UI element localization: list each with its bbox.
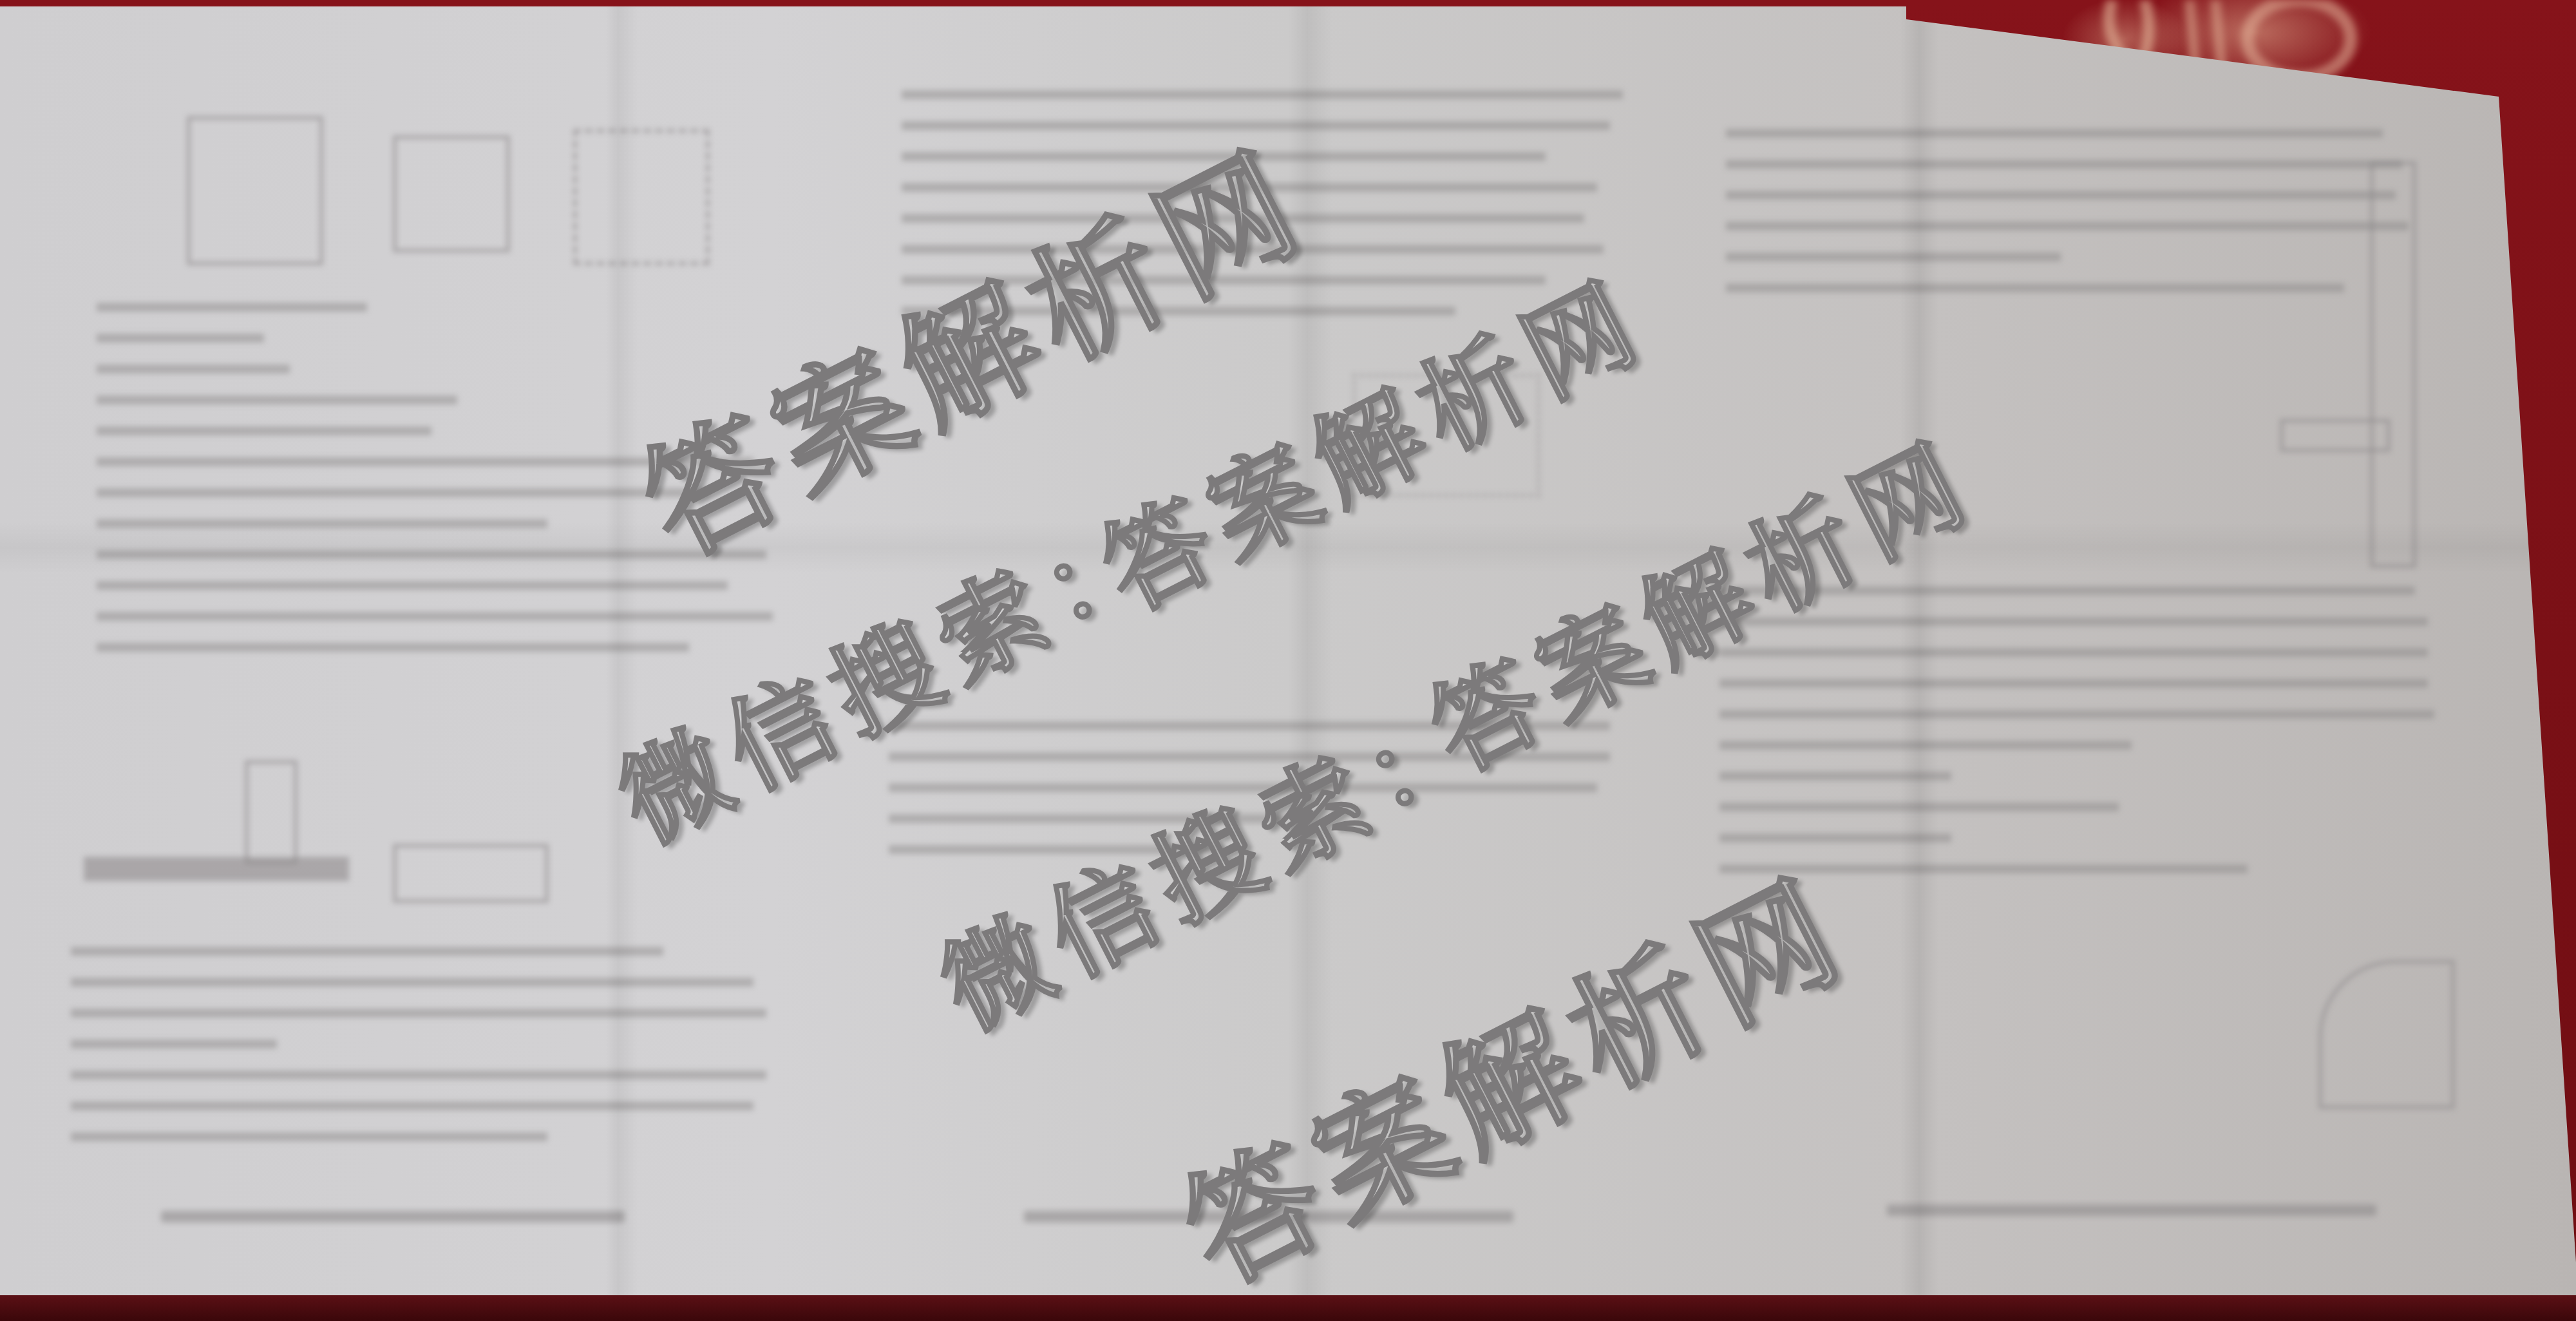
page-3-text-block-1	[1726, 129, 2434, 314]
apparatus-diagram-2	[393, 844, 549, 903]
page-3-footer	[1887, 1204, 2376, 1216]
apparatus-diagram-base	[84, 857, 349, 881]
circuit-diagram-2	[393, 135, 510, 252]
page-3-text-block-2	[1719, 586, 2441, 895]
pulley-diagram	[2280, 419, 2391, 452]
exam-page-1	[58, 77, 831, 1262]
ramp-apparatus-diagram	[2318, 960, 2455, 1109]
circuit-diagram-1	[187, 116, 323, 265]
apparatus-diagram-tube	[245, 760, 298, 864]
circuit-diagram-3	[573, 129, 710, 265]
exam-page-3	[1700, 109, 2460, 1269]
tablecloth-bottom-edge	[0, 1295, 2576, 1321]
rope-apparatus-diagram	[2370, 161, 2416, 568]
page-1-text-block-2	[71, 947, 811, 1163]
page-1-footer	[161, 1211, 625, 1222]
